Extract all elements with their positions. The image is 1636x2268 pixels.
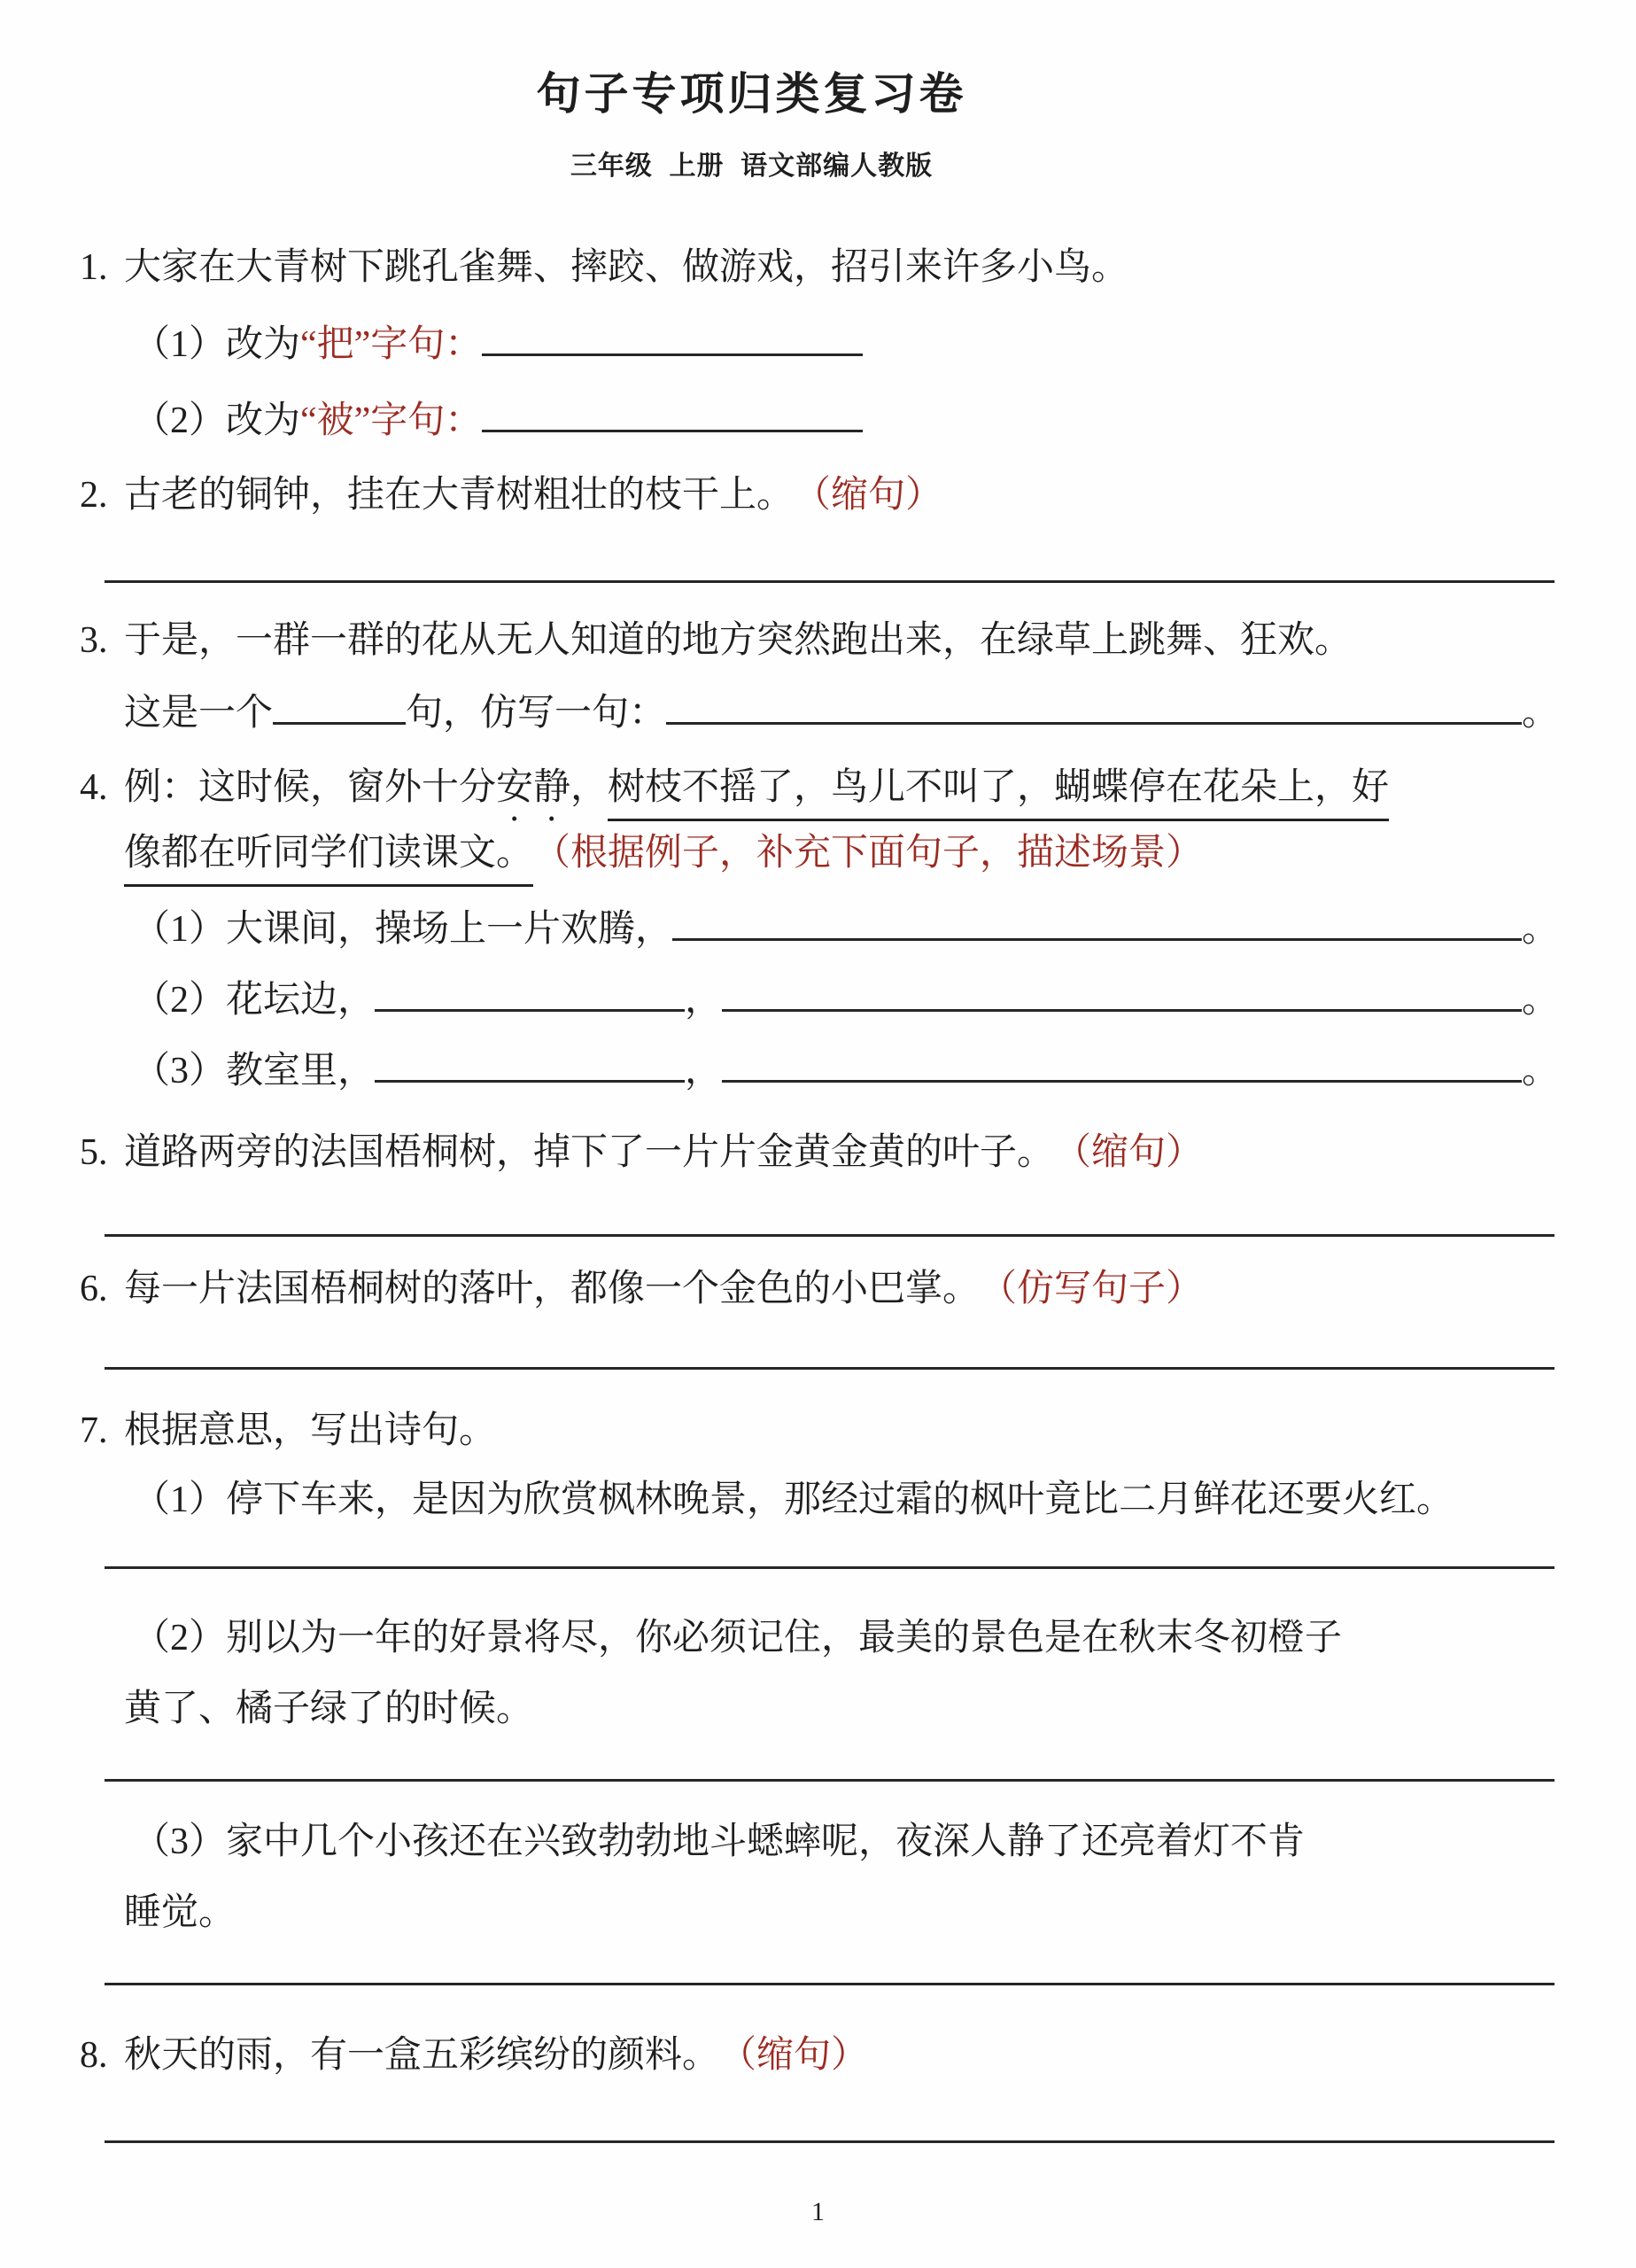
question-6-tag: （仿写句子） bbox=[980, 1265, 1203, 1314]
q4-sub3-answer-blank-2 bbox=[722, 1075, 1522, 1083]
q7-sub2-text-line2: 黄了、橘子绿了的时候。 bbox=[124, 1685, 533, 1734]
question-5-tag: （缩句） bbox=[1054, 1129, 1203, 1177]
page-title: 句子专项归类复习卷 bbox=[0, 58, 1503, 122]
question-5-text: 道路两旁的法国梧桐树，掉下了一片片金黄金黄的叶子。 bbox=[124, 1129, 1054, 1177]
question-3-number: 3. bbox=[80, 617, 124, 665]
question-1-sub-1: （1）改为“把”字句： bbox=[133, 321, 1559, 369]
q4-sub2-text: （2）花坛边， bbox=[133, 976, 375, 1025]
question-4-line-2: 像都在听同学们读课文。（根据例子，补充下面句子，描述场景） bbox=[124, 829, 1559, 887]
question-2-answer-line bbox=[105, 580, 1555, 583]
q7-sub3-text-line1: （3）家中几个小孩还在兴致勃勃地斗蟋蟀呢，夜深人静了还亮着灯不肯 bbox=[133, 1818, 1305, 1867]
q7-sub2-answer-line bbox=[105, 1779, 1555, 1782]
q4-sub2-answer-blank-1 bbox=[375, 1004, 685, 1012]
q4-example-lead: 例：这时候，窗外十分 bbox=[124, 764, 496, 812]
question-2-number: 2. bbox=[80, 471, 124, 520]
page-number: 1 bbox=[0, 2197, 1636, 2227]
question-8: 8.秋天的雨，有一盒五彩缤纷的颜料。（缩句） bbox=[80, 2031, 1559, 2080]
question-8-text: 秋天的雨，有一盒五彩缤纷的颜料。 bbox=[124, 2031, 719, 2080]
question-2-tag: （缩句） bbox=[794, 471, 942, 520]
question-1: 1.大家在大青树下跳孔雀舞、摔跤、做游戏，招引来许多小鸟。 bbox=[80, 244, 1559, 292]
question-6-answer-line bbox=[105, 1367, 1555, 1370]
question-1-sub-2: （2）改为“被”字句： bbox=[133, 397, 1559, 446]
q4-sub3-answer-blank-1 bbox=[375, 1075, 685, 1083]
question-7-number: 7. bbox=[80, 1407, 124, 1456]
question-7: 7.根据意思，写出诗句。 bbox=[80, 1407, 1559, 1456]
q3-type-blank bbox=[273, 717, 406, 725]
q1-sub1-answer-blank bbox=[482, 348, 863, 356]
question-4-tag: （根据例子，补充下面句子，描述场景） bbox=[533, 829, 1203, 878]
q3-line2-period: 。 bbox=[1522, 689, 1559, 738]
q4-underlined-part-1: 树枝不摇了，鸟儿不叫了，蝴蝶停在花朵上，好 bbox=[608, 764, 1389, 821]
question-7-sub-3-line-2: 睡觉。 bbox=[124, 1889, 1559, 1938]
q1-sub1-ba-label: “把”字句： bbox=[300, 321, 482, 369]
page-subtitle: 三年级 上册 语文部编人教版 bbox=[0, 144, 1503, 183]
q3-sentence-blank bbox=[666, 717, 1522, 725]
question-6-number: 6. bbox=[80, 1265, 124, 1314]
q4-sub2-period: 。 bbox=[1522, 976, 1559, 1025]
q4-sub2-comma: ， bbox=[685, 976, 722, 1025]
q7-sub1-answer-line bbox=[105, 1566, 1555, 1569]
question-6-text: 每一片法国梧桐树的落叶，都像一个金色的小巴掌。 bbox=[124, 1265, 980, 1314]
question-7-sub-1: （1）停下车来，是因为欣赏枫林晚景，那经过霜的枫叶竟比二月鲜花还要火红。 bbox=[133, 1476, 1559, 1525]
q7-sub3-text-line2: 睡觉。 bbox=[124, 1889, 236, 1938]
q4-sub2-answer-blank-2 bbox=[722, 1004, 1522, 1012]
question-6: 6.每一片法国梧桐树的落叶，都像一个金色的小巴掌。（仿写句子） bbox=[80, 1265, 1559, 1314]
question-2-text: 古老的铜钟，挂在大青树粗壮的枝干上。 bbox=[124, 471, 794, 520]
q4-underlined-part-2: 像都在听同学们读课文。 bbox=[124, 829, 533, 887]
question-5-answer-line bbox=[105, 1234, 1555, 1237]
q4-sub3-period: 。 bbox=[1522, 1047, 1559, 1096]
question-2: 2.古老的铜钟，挂在大青树粗壮的枝干上。（缩句） bbox=[80, 471, 1559, 520]
question-1-text: 大家在大青树下跳孔雀舞、摔跤、做游戏，招引来许多小鸟。 bbox=[124, 244, 1128, 292]
question-5: 5.道路两旁的法国梧桐树，掉下了一片片金黄金黄的叶子。（缩句） bbox=[80, 1129, 1559, 1177]
question-8-number: 8. bbox=[80, 2031, 124, 2080]
question-4: 4.例：这时候，窗外十分安静，树枝不摇了，鸟儿不叫了，蝴蝶停在花朵上，好 bbox=[80, 764, 1559, 829]
question-4-sub-3: （3）教室里，，。 bbox=[133, 1047, 1559, 1096]
q3-line2-prefix: 这是一个 bbox=[124, 689, 273, 738]
question-7-sub-2-line-2: 黄了、橘子绿了的时候。 bbox=[124, 1685, 1559, 1734]
question-8-answer-line bbox=[105, 2140, 1555, 2143]
question-7-sub-3-line-1: （3）家中几个小孩还在兴致勃勃地斗蟋蟀呢，夜深人静了还亮着灯不肯 bbox=[133, 1818, 1559, 1867]
q7-sub1-text: （1）停下车来，是因为欣赏枫林晚景，那经过霜的枫叶竟比二月鲜花还要火红。 bbox=[133, 1476, 1454, 1525]
q1-sub1-label: （1）改为 bbox=[133, 321, 300, 369]
question-4-sub-2: （2）花坛边，，。 bbox=[133, 976, 1559, 1025]
q1-sub2-bei-label: “被”字句： bbox=[300, 397, 482, 446]
question-7-sub-2-line-1: （2）别以为一年的好景将尽，你必须记住，最美的景色是在秋末冬初橙子 bbox=[133, 1614, 1559, 1663]
q4-sub3-comma: ， bbox=[685, 1047, 722, 1096]
question-5-number: 5. bbox=[80, 1129, 124, 1177]
question-3-text: 于是，一群一群的花从无人知道的地方突然跑出来，在绿草上跳舞、狂欢。 bbox=[124, 617, 1352, 665]
q4-sub1-answer-blank bbox=[672, 933, 1522, 941]
q3-line2-middle: 句，仿写一句： bbox=[406, 689, 666, 738]
question-1-number: 1. bbox=[80, 244, 124, 292]
q4-emphasized-word: 安静 bbox=[496, 764, 570, 829]
question-7-text: 根据意思，写出诗句。 bbox=[124, 1407, 496, 1456]
q4-sub3-text: （3）教室里， bbox=[133, 1047, 375, 1096]
question-3-line-2: 这是一个句，仿写一句：。 bbox=[124, 689, 1559, 738]
q1-sub2-label: （2）改为 bbox=[133, 397, 300, 446]
question-3: 3.于是，一群一群的花从无人知道的地方突然跑出来，在绿草上跳舞、狂欢。 bbox=[80, 617, 1559, 665]
q4-comma: ， bbox=[570, 764, 608, 812]
question-8-tag: （缩句） bbox=[719, 2031, 868, 2080]
question-4-number: 4. bbox=[80, 764, 124, 812]
worksheet-page: 句子专项归类复习卷 三年级 上册 语文部编人教版 1.大家在大青树下跳孔雀舞、摔… bbox=[0, 0, 1636, 2268]
q1-sub2-answer-blank bbox=[482, 424, 863, 432]
q4-sub1-text: （1）大课间，操场上一片欢腾， bbox=[133, 905, 672, 954]
question-4-sub-1: （1）大课间，操场上一片欢腾，。 bbox=[133, 905, 1559, 954]
q4-sub1-period: 。 bbox=[1522, 905, 1559, 954]
q7-sub3-answer-line bbox=[105, 1983, 1555, 1985]
q7-sub2-text-line1: （2）别以为一年的好景将尽，你必须记住，最美的景色是在秋末冬初橙子 bbox=[133, 1614, 1342, 1663]
